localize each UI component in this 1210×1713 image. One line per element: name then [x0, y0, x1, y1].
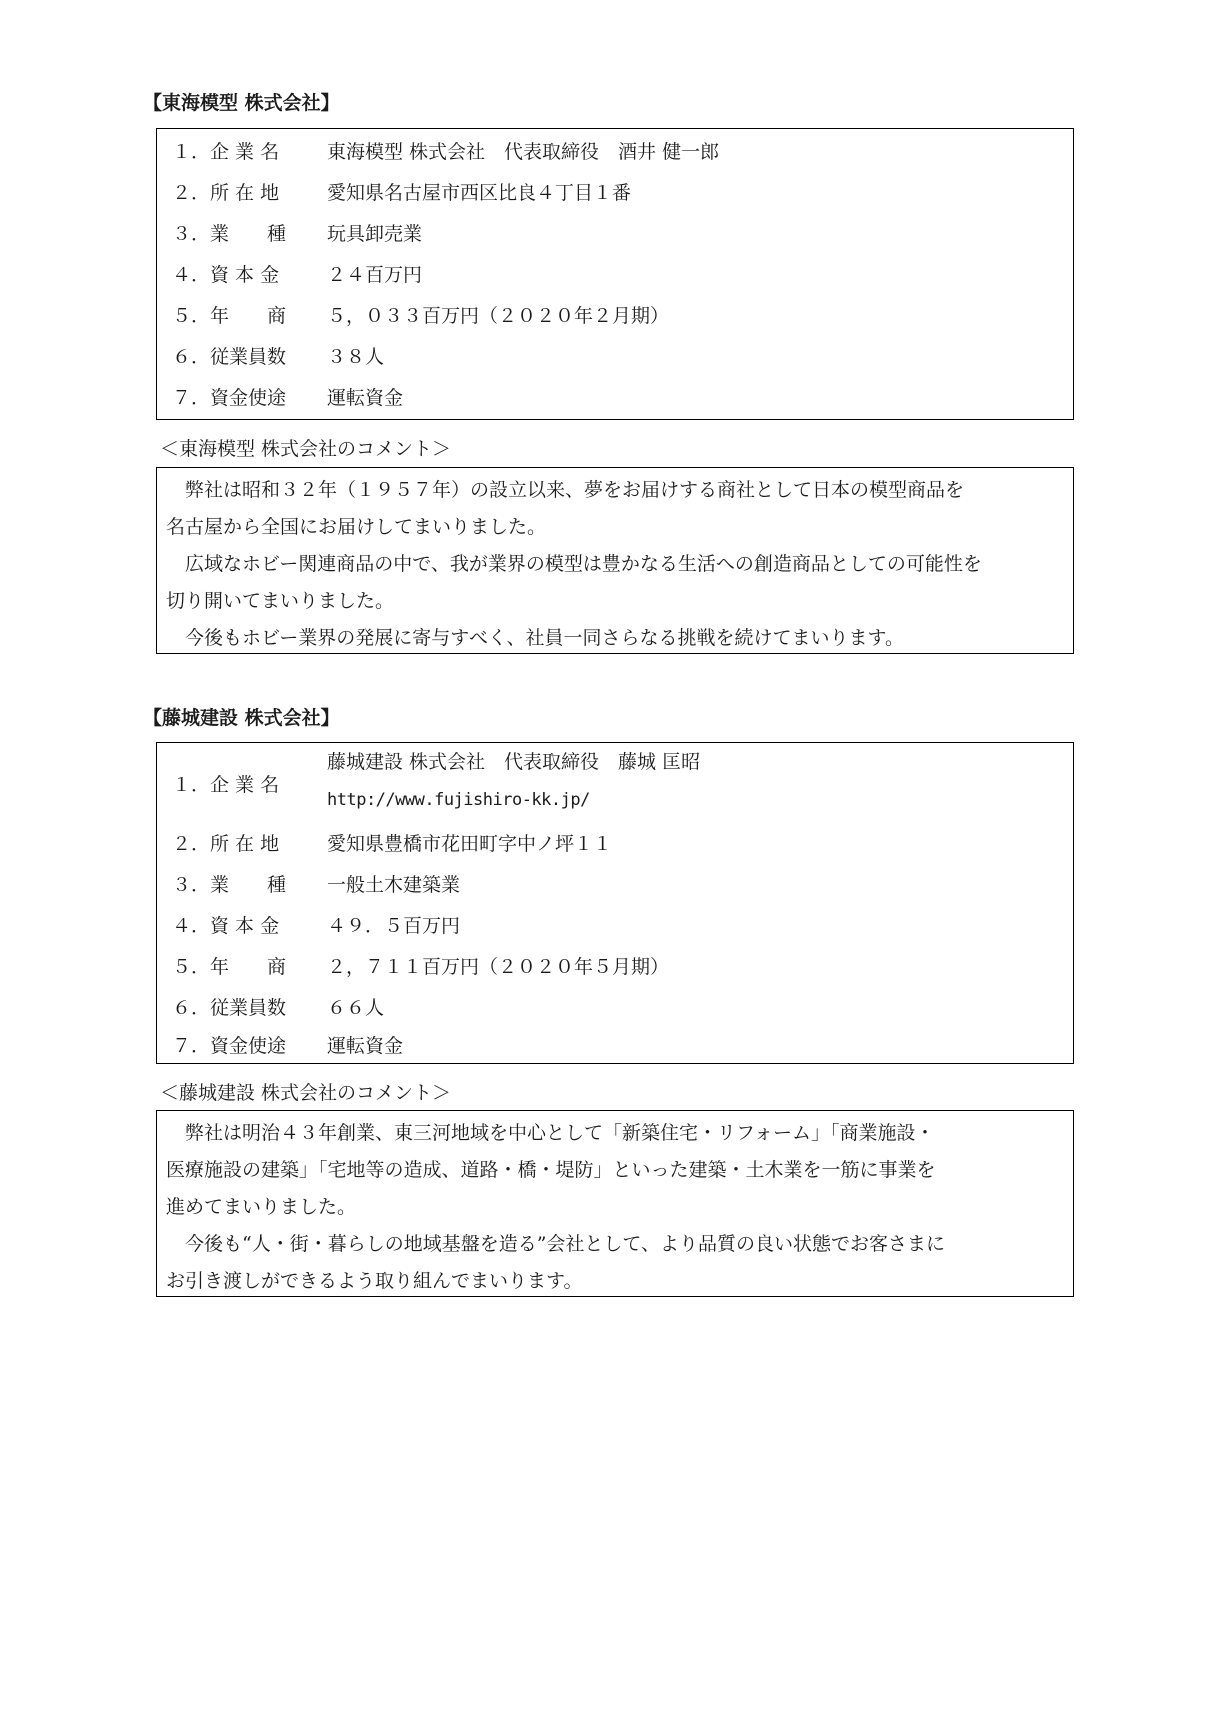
comment-box: 弊社は明治４３年創業、東三河地域を中心として「新築住宅・リフォーム」「商業施設・…: [156, 1110, 1074, 1297]
info-label: ６．従業員数: [172, 342, 322, 369]
info-row-capital: ４．資 本 金 ４９．５百万円: [157, 903, 1073, 945]
company-heading: 【東海模型 株式会社】: [143, 88, 340, 115]
comment-line: 今後も“人・街・暮らしの地域基盤を造る”会社として、より品質の良い状態でお客さま…: [166, 1226, 1065, 1263]
info-row-fund-use: ７．資金使途 運転資金: [157, 1023, 1073, 1065]
comment-line: 医療施設の建築」「宅地等の造成、道路・橋・堤防」といった建築・土木業を一筋に事業…: [166, 1152, 1065, 1189]
info-row-employees: ６．従業員数 ３８人: [157, 334, 1073, 376]
info-row-employees: ６．従業員数 ６６人: [157, 985, 1073, 1027]
info-label: ４．資 本 金: [172, 911, 322, 938]
info-row-company-name: １．企 業 名 東海模型 株式会社 代表取締役 酒井 健一郎: [157, 129, 1073, 171]
info-row-address: ２．所 在 地 愛知県豊橋市花田町字中ノ坪１１: [157, 821, 1073, 863]
comment-line: 今後もホビー業界の発展に寄与すべく、社員一同さらなる挑戦を続けてまいります。: [166, 620, 1065, 657]
info-label: ２．所 在 地: [172, 178, 322, 205]
info-label: ６．従業員数: [172, 993, 322, 1020]
comment-line: お引き渡しができるよう取り組んでまいります。: [166, 1263, 1065, 1300]
info-row-industry: ３．業 種 一般土木建築業: [157, 862, 1073, 904]
info-value: 愛知県豊橋市花田町字中ノ坪１１: [327, 829, 612, 856]
info-value: 一般土木建築業: [327, 870, 460, 897]
info-row-capital: ４．資 本 金 ２４百万円: [157, 252, 1073, 294]
comment-line: 広域なホビー関連商品の中で、我が業界の模型は豊かなる生活への創造商品としての可能…: [166, 546, 1065, 583]
company-website-link[interactable]: http://www.fujishiro-kk.jp/: [327, 781, 700, 819]
info-value: ３８人: [327, 342, 384, 369]
info-label: ３．業 種: [172, 219, 322, 246]
info-row-fund-use: ７．資金使途 運転資金: [157, 375, 1073, 417]
info-value: 玩具卸売業: [327, 219, 422, 246]
info-label: ７．資金使途: [172, 1031, 322, 1058]
company-info-box: １．企 業 名 東海模型 株式会社 代表取締役 酒井 健一郎 ２．所 在 地 愛…: [156, 128, 1074, 420]
info-value: 運転資金: [327, 383, 403, 410]
comment-line: 弊社は明治４３年創業、東三河地域を中心として「新築住宅・リフォーム」「商業施設・: [166, 1115, 1065, 1152]
info-label: ４．資 本 金: [172, 260, 322, 287]
info-value: ２４百万円: [327, 260, 422, 287]
company-heading: 【藤城建設 株式会社】: [143, 703, 340, 730]
info-value: 愛知県名古屋市西区比良４丁目１番: [327, 178, 631, 205]
info-value: 藤城建設 株式会社 代表取締役 藤城 匡昭: [327, 743, 700, 781]
info-label: ５．年 商: [172, 952, 322, 979]
info-label: ２．所 在 地: [172, 829, 322, 856]
company-info-box: １．企 業 名 藤城建設 株式会社 代表取締役 藤城 匡昭 http://www…: [156, 742, 1074, 1064]
info-value: ６６人: [327, 993, 384, 1020]
info-row-annual-sales: ５．年 商 ５，０３３百万円（２０２０年２月期）: [157, 293, 1073, 335]
info-row-annual-sales: ５．年 商 ２，７１１百万円（２０２０年５月期）: [157, 944, 1073, 986]
comment-line: 進めてまいりました。: [166, 1189, 1065, 1226]
info-value: ４９．５百万円: [327, 911, 460, 938]
comment-line: 名古屋から全国にお届けしてまいりました。: [166, 509, 1065, 546]
info-label: １．企 業 名: [172, 770, 322, 797]
info-row-company-name: １．企 業 名 藤城建設 株式会社 代表取締役 藤城 匡昭 http://www…: [157, 743, 1073, 823]
info-value-block: 藤城建設 株式会社 代表取締役 藤城 匡昭 http://www.fujishi…: [327, 743, 700, 819]
info-row-address: ２．所 在 地 愛知県名古屋市西区比良４丁目１番: [157, 170, 1073, 212]
info-label: １．企 業 名: [172, 137, 322, 164]
comment-line: 切り開いてまいりました。: [166, 583, 1065, 620]
comment-box: 弊社は昭和３２年（１９５７年）の設立以来、夢をお届けする商社として日本の模型商品…: [156, 467, 1074, 654]
info-value: 運転資金: [327, 1031, 403, 1058]
comment-label: ＜藤城建設 株式会社のコメント＞: [160, 1078, 451, 1105]
info-value: ５，０３３百万円（２０２０年２月期）: [327, 301, 669, 328]
info-label: ５．年 商: [172, 301, 322, 328]
info-row-industry: ３．業 種 玩具卸売業: [157, 211, 1073, 253]
info-value: ２，７１１百万円（２０２０年５月期）: [327, 952, 669, 979]
comment-line: 弊社は昭和３２年（１９５７年）の設立以来、夢をお届けする商社として日本の模型商品…: [166, 472, 1065, 509]
comment-label: ＜東海模型 株式会社のコメント＞: [160, 434, 451, 461]
info-value: 東海模型 株式会社 代表取締役 酒井 健一郎: [327, 137, 719, 164]
info-label: ７．資金使途: [172, 383, 322, 410]
info-label: ３．業 種: [172, 870, 322, 897]
